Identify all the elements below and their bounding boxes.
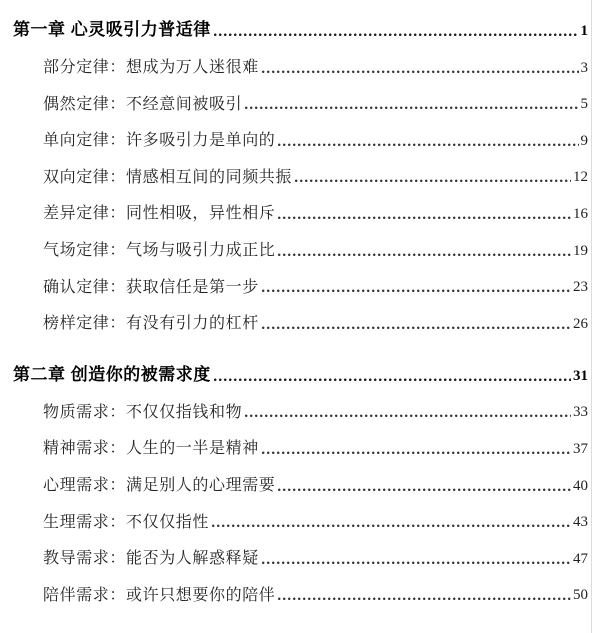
toc-entry-title: 单向定律：许多吸引力是单向的 [43, 132, 275, 150]
toc-entry-row: 差异定律：同性相吸，异性相斥 16 [0, 186, 588, 223]
table-of-contents: 第一章 心灵吸引力普适律 1 部分定律：想成为万人迷很难 3 偶然定律：不经意间… [0, 4, 588, 604]
toc-page-number: 47 [573, 552, 588, 568]
toc-entry-row: 陪伴需求：或许只想要你的陪伴 50 [0, 568, 588, 605]
toc-page-number: 23 [573, 280, 588, 296]
toc-entry-title: 双向定律：情感相互间的同频共振 [43, 169, 292, 187]
toc-page-number: 37 [573, 442, 588, 458]
toc-entry-row: 生理需求：不仅仅指性 43 [0, 495, 588, 532]
toc-entry-row: 教导需求：能否为人解惑释疑 47 [0, 531, 588, 568]
dot-leader [295, 179, 571, 182]
toc-chapter-title: 第二章 创造你的被需求度 [13, 366, 211, 385]
toc-page-number: 43 [573, 515, 588, 531]
toc-page-number: 1 [581, 24, 589, 40]
toc-page-number: 50 [573, 588, 588, 604]
dot-leader [262, 70, 579, 73]
dot-leader [278, 143, 578, 146]
toc-entry-row: 双向定律：情感相互间的同频共振 12 [0, 150, 588, 187]
toc-entry-row: 确认定律：获取信任是第一步 23 [0, 260, 588, 297]
toc-chapter-title: 第一章 心灵吸引力普适律 [13, 21, 211, 40]
toc-entry-title: 精神需求：人生的一半是精神 [43, 440, 259, 458]
dot-leader [262, 289, 571, 292]
toc-entry-row: 榜样定律：有没有引力的杠杆 26 [0, 296, 588, 333]
toc-page-number: 40 [573, 479, 588, 495]
toc-page-number: 9 [581, 134, 589, 150]
toc-entry-title: 差异定律：同性相吸，异性相斥 [43, 205, 275, 223]
toc-page-number: 26 [573, 317, 588, 333]
toc-page-number: 31 [573, 369, 588, 385]
toc-entry-row: 偶然定律：不经意间被吸引 5 [0, 77, 588, 114]
toc-chapter-row: 第一章 心灵吸引力普适律 1 [0, 4, 588, 40]
dot-leader [245, 414, 571, 417]
dot-leader [262, 326, 571, 329]
toc-entry-title: 心理需求：满足别人的心理需要 [43, 477, 275, 495]
toc-entry-title: 陪伴需求：或许只想要你的陪伴 [43, 587, 275, 605]
dot-leader [278, 216, 571, 219]
toc-page-number: 19 [573, 244, 588, 260]
toc-entry-title: 物质需求：不仅仅指钱和物 [43, 404, 242, 422]
toc-page-number: 5 [581, 97, 589, 113]
toc-entry-title: 榜样定律：有没有引力的杠杆 [43, 315, 259, 333]
book-toc-page: 第一章 心灵吸引力普适律 1 部分定律：想成为万人迷很难 3 偶然定律：不经意间… [0, 0, 610, 633]
toc-chapter-row: 第二章 创造你的被需求度 31 [0, 349, 588, 385]
dot-leader [214, 378, 571, 381]
dot-leader [278, 253, 571, 256]
toc-entry-title: 气场定律：气场与吸引力成正比 [43, 242, 275, 260]
dot-leader [212, 524, 571, 527]
toc-section-chapter-1: 第一章 心灵吸引力普适律 1 部分定律：想成为万人迷很难 3 偶然定律：不经意间… [0, 4, 588, 333]
page-edge-line [591, 0, 592, 633]
toc-entry-title: 确认定律：获取信任是第一步 [43, 279, 259, 297]
toc-section-chapter-2: 第二章 创造你的被需求度 31 物质需求：不仅仅指钱和物 33 精神需求：人生的… [0, 349, 588, 605]
toc-page-number: 3 [581, 61, 589, 77]
dot-leader [262, 451, 571, 454]
toc-page-number: 12 [573, 170, 588, 186]
toc-entry-title: 部分定律：想成为万人迷很难 [43, 59, 259, 77]
toc-entry-title: 偶然定律：不经意间被吸引 [43, 96, 242, 114]
dot-leader [278, 597, 571, 600]
toc-page-number: 16 [573, 207, 588, 223]
dot-leader [245, 106, 578, 109]
toc-entry-row: 气场定律：气场与吸引力成正比 19 [0, 223, 588, 260]
toc-entry-row: 部分定律：想成为万人迷很难 3 [0, 40, 588, 77]
dot-leader [214, 33, 579, 36]
toc-entry-row: 精神需求：人生的一半是精神 37 [0, 421, 588, 458]
toc-page-number: 33 [573, 405, 588, 421]
toc-entry-title: 生理需求：不仅仅指性 [43, 514, 209, 532]
toc-entry-title: 教导需求：能否为人解惑释疑 [43, 550, 259, 568]
dot-leader [278, 488, 571, 491]
dot-leader [262, 561, 571, 564]
toc-entry-row: 心理需求：满足别人的心理需要 40 [0, 458, 588, 495]
toc-entry-row: 物质需求：不仅仅指钱和物 33 [0, 385, 588, 422]
toc-entry-row: 单向定律：许多吸引力是单向的 9 [0, 113, 588, 150]
